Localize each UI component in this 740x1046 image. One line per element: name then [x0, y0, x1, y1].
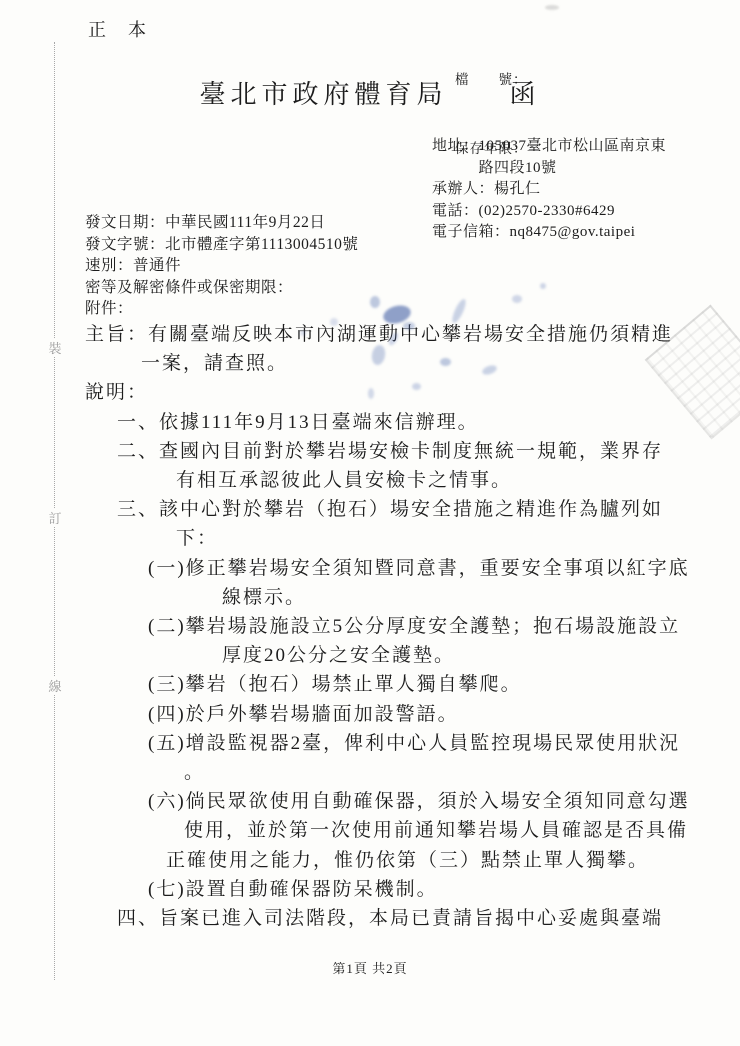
meta-line: 發文字號：北市體產字第1113004510號	[85, 234, 358, 256]
ink-stain	[412, 383, 421, 390]
body-line: 線標示。	[0, 583, 740, 612]
document-title: 臺北市政府體育局 函	[0, 74, 740, 111]
body-line: (七)設置自動確保器防呆機制。	[0, 875, 740, 904]
body-line: 正確使用之能力，惟仍依第（三）點禁止單人獨攀。	[0, 846, 740, 875]
body-line: (三)攀岩（抱石）場禁止單人獨自攀爬。	[0, 670, 740, 699]
agency-info-line: 電話：(02)2570-2330#6429	[432, 201, 666, 223]
ink-stain	[370, 296, 380, 308]
body-line: 下：	[0, 524, 740, 553]
body-line: 主旨：有關臺端反映本市內湖運動中心攀岩場安全措施仍須精進	[0, 320, 740, 349]
body-line: 有相互承認彼此人員安檢卡之情事。	[0, 466, 740, 495]
ink-stain	[540, 283, 546, 289]
agency-info-line: 路四段10號	[432, 158, 666, 180]
ink-stain	[300, 330, 306, 336]
page-footer: 第1頁 共2頁	[0, 958, 740, 977]
body-line: 厚度20公分之安全護墊。	[0, 641, 740, 670]
scan-smudge	[545, 5, 559, 10]
meta-line: 發文日期：中華民國111年9月22日	[85, 212, 358, 234]
body-line: 使用，並於第一次使用前通知攀岩場人員確認是否具備	[0, 816, 740, 845]
body-line: (五)增設監視器2臺，俾利中心人員監控現場民眾使用狀況	[0, 729, 740, 758]
body-line: 一案，請查照。	[0, 349, 740, 378]
body-line: (四)於戶外攀岩場牆面加設警語。	[0, 700, 740, 729]
sender-meta-block: 發文日期：中華民國111年9月22日發文字號：北市體產字第1113004510號…	[85, 212, 358, 320]
meta-line: 密等及解密條件或保密期限：	[85, 277, 358, 299]
agency-address-block: 地址：105037臺北市松山區南京東 路四段10號承辦人：楊孔仁電話：(02)2…	[432, 136, 666, 244]
copy-type-label: 正 本	[88, 16, 148, 42]
ink-stain	[440, 358, 451, 366]
body-line: (一)修正攀岩場安全須知暨同意書，重要安全事項以紅字底	[0, 554, 740, 583]
ink-stain	[368, 388, 374, 399]
body-line: 二、查國內目前對於攀岩場安檢卡制度無統一規範，業界存	[0, 437, 740, 466]
ink-stain	[403, 322, 415, 330]
ink-stain	[330, 318, 338, 326]
meta-line: 附件：	[85, 298, 358, 320]
body-line: 一、依據111年9月13日臺端來信辦理。	[0, 408, 740, 437]
body-line: 四、旨案已進入司法階段，本局已責請旨揭中心妥處與臺端	[0, 904, 740, 933]
agency-info-line: 地址：105037臺北市松山區南京東	[432, 136, 666, 158]
letter-body: 主旨：有關臺端反映本市內湖運動中心攀岩場安全措施仍須精進一案，請查照。說明：一、…	[0, 320, 740, 933]
ink-stain	[512, 295, 522, 303]
body-line: (二)攀岩場設施設立5公分厚度安全護墊；抱石場設施設立	[0, 612, 740, 641]
body-line: 。	[0, 758, 740, 787]
agency-info-line: 承辦人：楊孔仁	[432, 179, 666, 201]
agency-info-line: 電子信箱：nq8475@gov.taipei	[432, 222, 666, 244]
body-line: 三、該中心對於攀岩（抱石）場安全措施之精進作為臚列如	[0, 495, 740, 524]
scanned-document-page: 裝 訂 線 正 本 檔 號： 保存年限： 臺北市政府體育局 函 地址：10503…	[0, 0, 740, 1046]
body-line: (六)倘民眾欲使用自動確保器，須於入場安全須知同意勾選	[0, 787, 740, 816]
meta-line: 速別：普通件	[85, 255, 358, 277]
